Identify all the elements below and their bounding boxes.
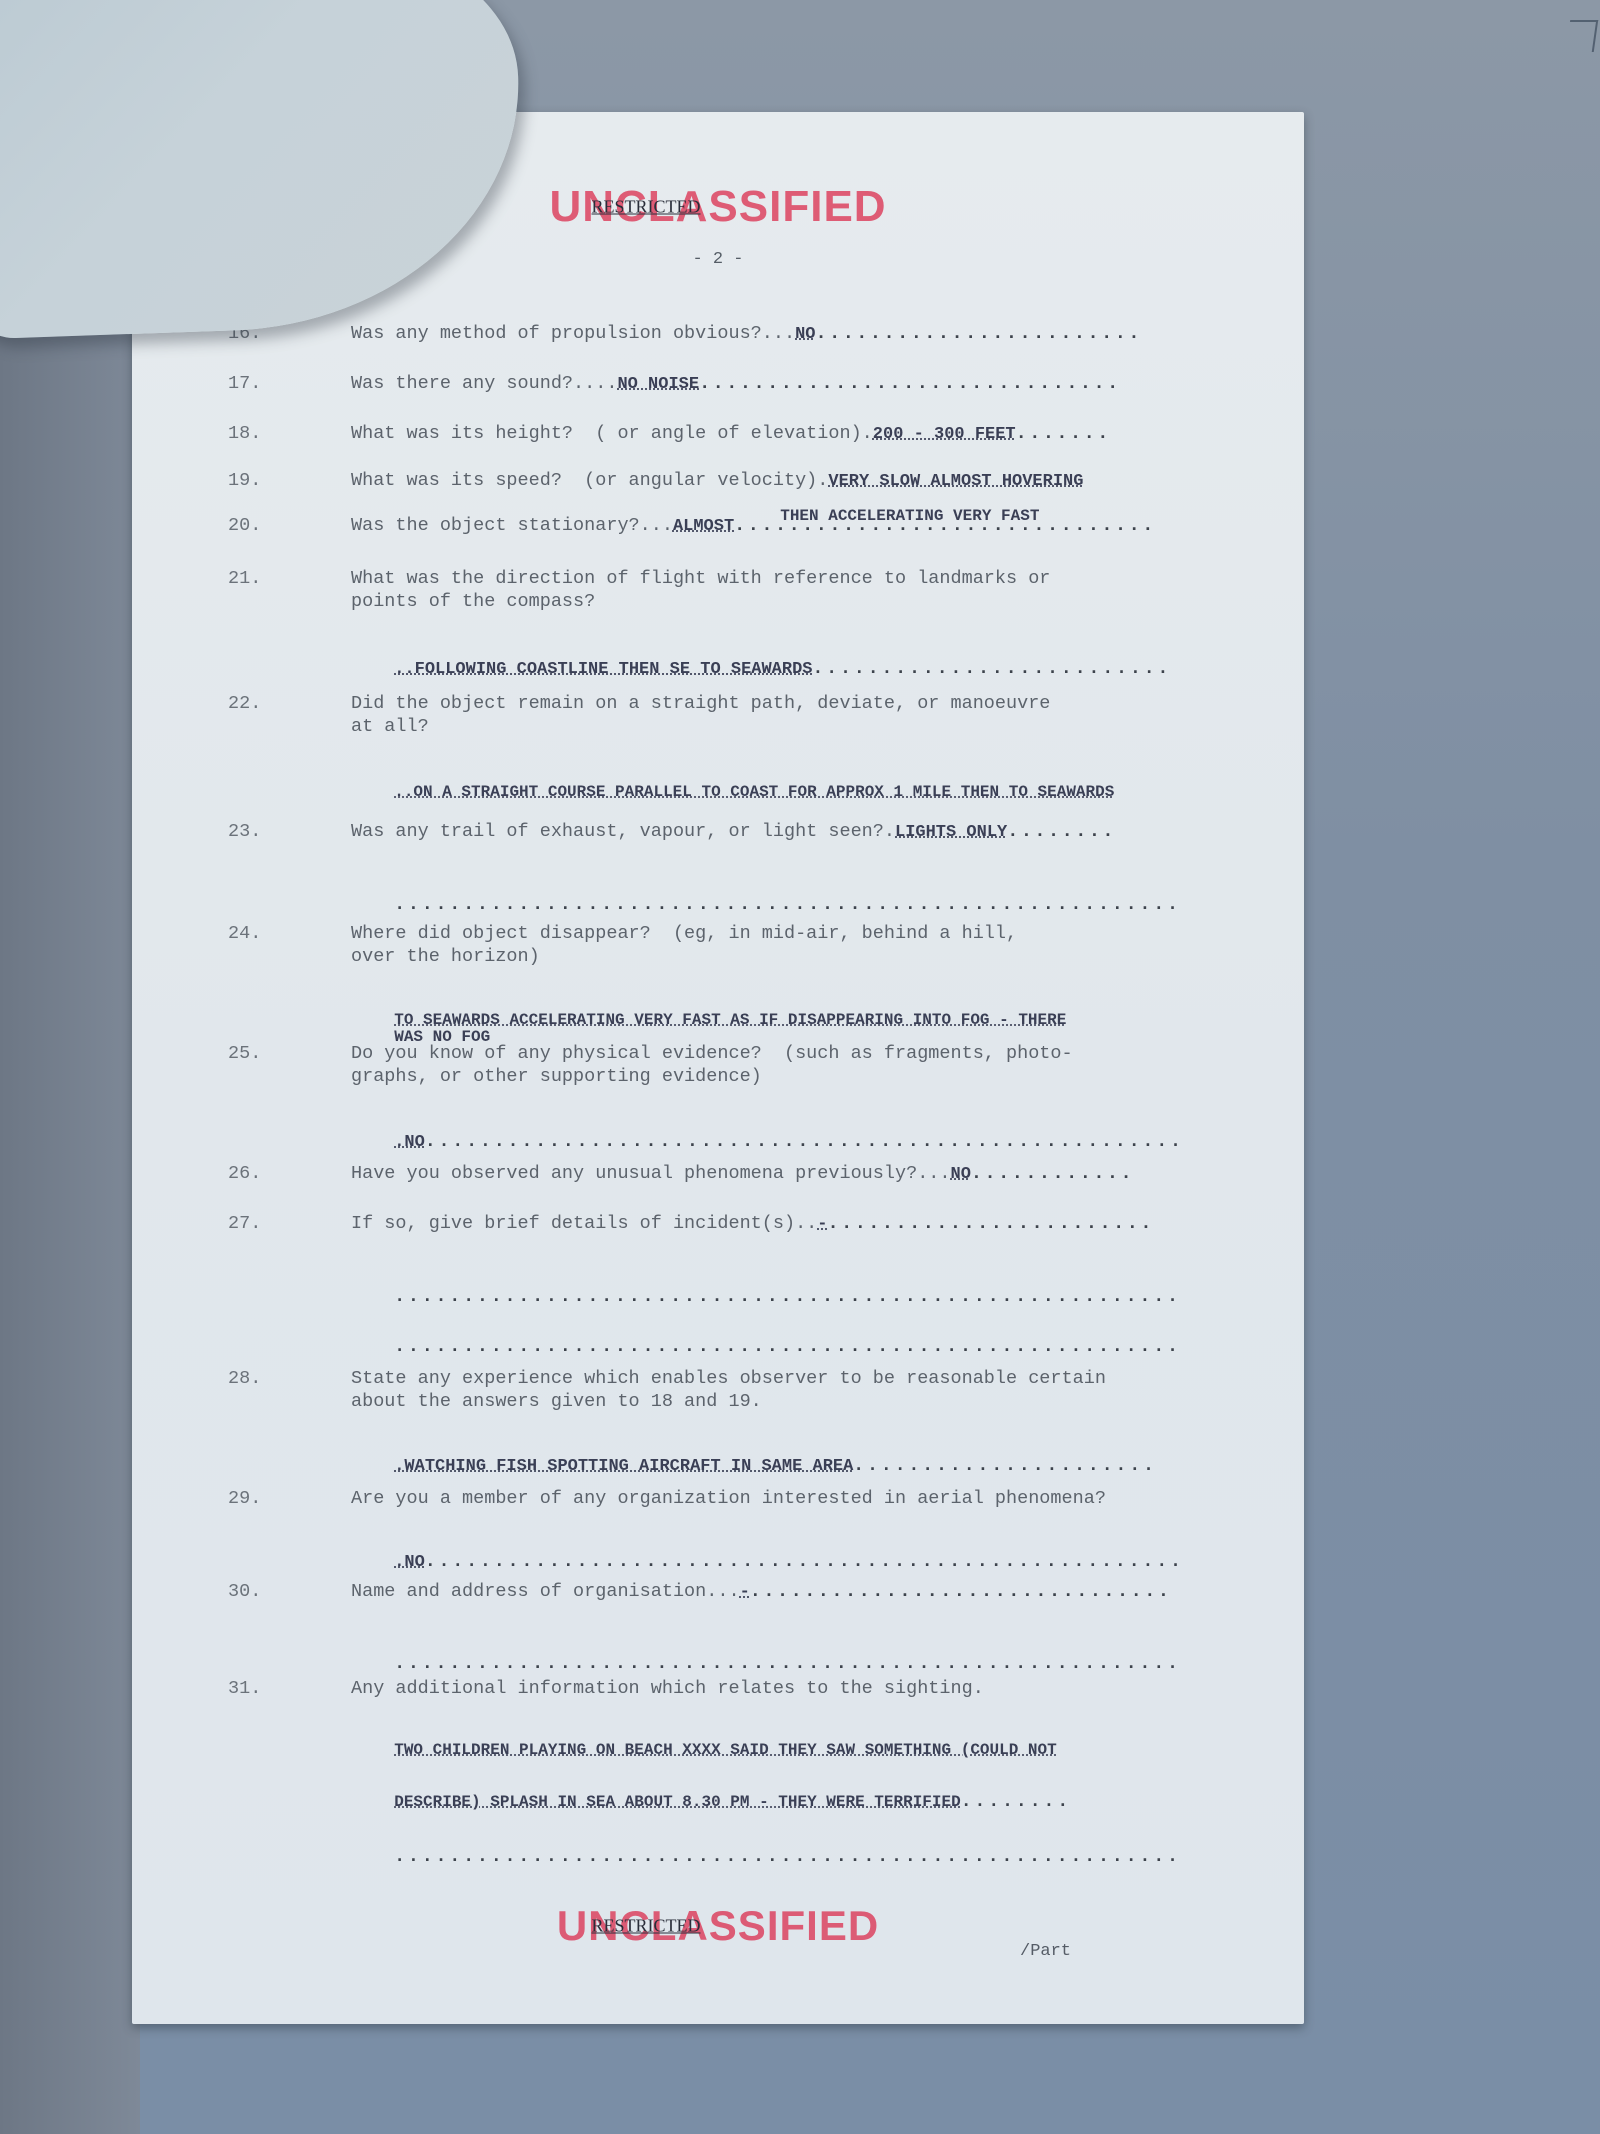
answer: NO [951,1165,971,1184]
question-text: Have you observed any unusual phenomena … [351,1162,1134,1187]
question-text: Where did object disappear? (eg, in mid-… [351,922,1017,946]
question-number: 25. [228,1042,261,1066]
answer: LIGHTS ONLY [895,823,1007,842]
answer: - [740,1583,750,1602]
question-text: Was the object stationary?...ALMOST.....… [351,514,1156,539]
question-text: Any additional information which relates… [351,1677,984,1701]
question-text: Are you a member of any organization int… [351,1487,1106,1511]
answer: 200 - 300 FEET [873,425,1016,444]
answer: NO NOISE [617,375,699,394]
answer: - [817,1215,827,1234]
question-number: 26. [228,1162,261,1186]
question-number: 18. [228,422,261,446]
question-text: Was any method of propulsion obvious?...… [351,322,1142,347]
question-number: 21. [228,567,261,591]
question-number: 24. [228,922,261,946]
question-number: 23. [228,820,261,844]
question-number: 31. [228,1677,261,1701]
answer-line: DESCRIBE) SPLASH IN SEA ABOUT 8.30 PM - … [351,1772,1181,1832]
question-text: Was there any sound?....NO NOISE........… [351,372,1121,397]
restricted-overstamp: RESTRICTED [591,1916,700,1937]
answer-line: TWO CHILDREN PLAYING ON BEACH XXXX SAID … [351,1720,1231,1780]
question-text: If so, give brief details of incident(s)… [351,1212,1154,1237]
continuation-label: /Part [1020,1942,1071,1961]
answer: NO [795,325,815,344]
question-number: 20. [228,514,261,538]
question-number: 28. [228,1367,261,1391]
question-number: 27. [228,1212,261,1236]
question-number: 29. [228,1487,261,1511]
question-text: What was the direction of flight with re… [351,567,1050,591]
restricted-overstamp: RESTRICTED [591,197,700,218]
answer: ALMOST [673,517,734,536]
question-text: Do you know of any physical evidence? (s… [351,1042,1073,1066]
question-number: 30. [228,1580,261,1604]
blank-answer-line: ........................................… [351,1827,1181,1887]
classification-stamp-bottom: UNCLASSIFIED RESTRICTED [132,1902,1304,1950]
question-text: What was its height? ( or angle of eleva… [351,422,1111,447]
question-number: 17. [228,372,261,396]
question-text: Was any trail of exhaust, vapour, or lig… [351,820,1116,845]
question-number: 19. [228,469,261,493]
answer-line: ..FOLLOWING COASTLINE THEN SE TO SEAWARD… [351,639,1181,699]
question-number: 22. [228,692,261,716]
question-text: Name and address of organisation...-....… [351,1580,1171,1605]
question-text: Did the object remain on a straight path… [351,692,1050,716]
question-text: State any experience which enables obser… [351,1367,1106,1391]
corner-mark [1566,20,1598,52]
background-shadow [0,300,140,2134]
document-page: UNCLASSIFIED RESTRICTED - 2 - 16. Was an… [132,112,1304,2024]
answer-line: ..ON A STRAIGHT COURSE PARALLEL TO COAST… [351,762,1251,822]
